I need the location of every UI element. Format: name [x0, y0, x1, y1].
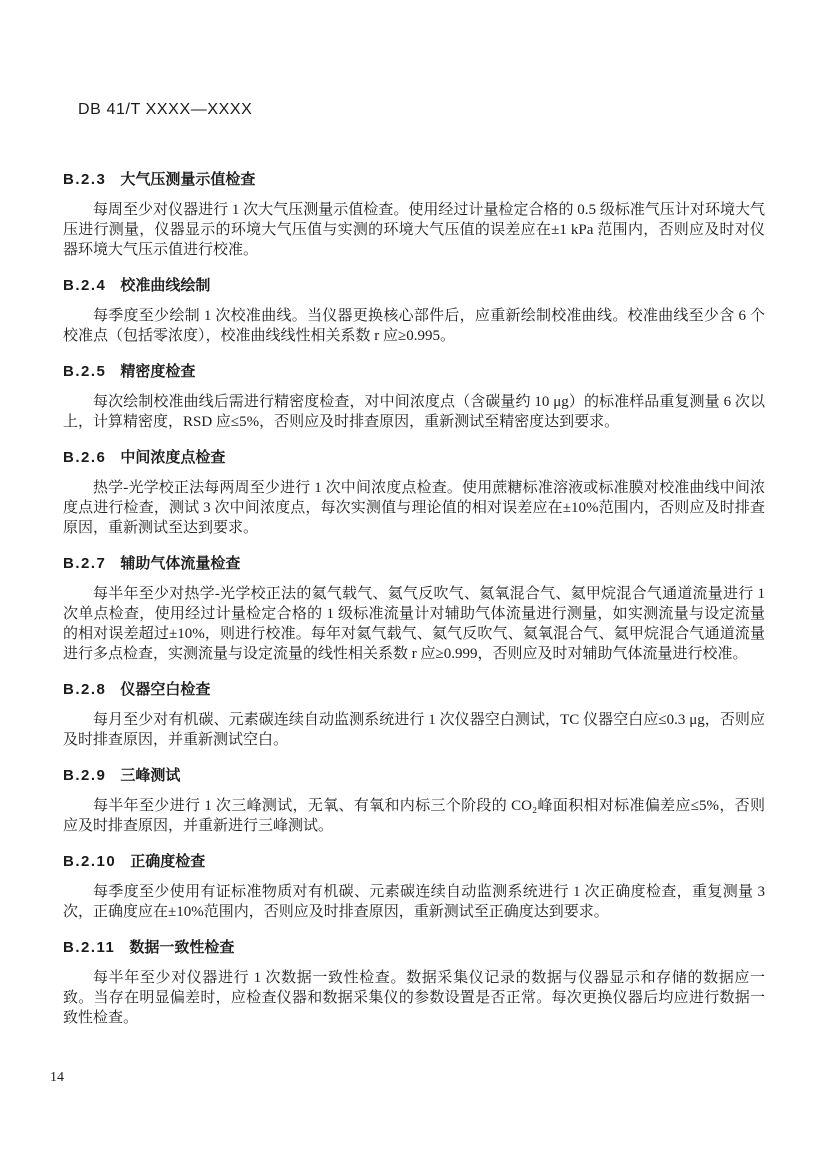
section-heading: B.2.5精密度检查	[63, 362, 765, 382]
section-paragraph: 每周至少对仪器进行 1 次大气压测量示值检查。使用经过计量检定合格的 0.5 级…	[63, 200, 765, 260]
section-paragraph: 热学-光学校正法每两周至少进行 1 次中间浓度点检查。使用蔗糖标准溶液或标准膜对…	[63, 478, 765, 538]
section-heading: B.2.6中间浓度点检查	[63, 448, 765, 468]
section-b210: B.2.10正确度检查 每季度至少使用有证标准物质对有机碳、元素碳连续自动监测系…	[63, 852, 765, 922]
page-number: 14	[50, 1070, 64, 1086]
section-paragraph: 每半年至少对仪器进行 1 次数据一致性检查。数据采集仪记录的数据与仪器显示和存储…	[63, 968, 765, 1028]
section-b24: B.2.4校准曲线绘制 每季度至少绘制 1 次校准曲线。当仪器更换核心部件后，应…	[63, 276, 765, 346]
section-title: 中间浓度点检查	[120, 449, 225, 466]
section-heading: B.2.10正确度检查	[63, 852, 765, 872]
section-number: B.2.8	[63, 681, 106, 698]
section-paragraph: 每季度至少绘制 1 次校准曲线。当仪器更换核心部件后，应重新绘制校准曲线。校准曲…	[63, 306, 765, 346]
section-heading: B.2.11数据一致性检查	[63, 938, 765, 958]
section-number: B.2.10	[63, 853, 116, 870]
section-number: B.2.5	[63, 363, 106, 380]
section-title: 精密度检查	[120, 363, 195, 380]
section-number: B.2.9	[63, 767, 106, 784]
section-paragraph: 每半年至少进行 1 次三峰测试，无氧、有氧和内标三个阶段的 CO₂峰面积相对标准…	[63, 796, 765, 836]
section-heading: B.2.9三峰测试	[63, 766, 765, 786]
section-title: 大气压测量示值检查	[120, 171, 255, 188]
section-b29: B.2.9三峰测试 每半年至少进行 1 次三峰测试，无氧、有氧和内标三个阶段的 …	[63, 766, 765, 836]
section-heading: B.2.7辅助气体流量检查	[63, 554, 765, 574]
section-b23: B.2.3大气压测量示值检查 每周至少对仪器进行 1 次大气压测量示值检查。使用…	[63, 170, 765, 260]
section-number: B.2.6	[63, 449, 106, 466]
section-number: B.2.7	[63, 555, 106, 572]
document-page: DB 41/T XXXX—XXXX B.2.3大气压测量示值检查 每周至少对仪器…	[0, 0, 826, 1169]
section-paragraph: 每次绘制校准曲线后需进行精密度检查，对中间浓度点（含碳量约 10 μg）的标准样…	[63, 392, 765, 432]
section-b28: B.2.8仪器空白检查 每月至少对有机碳、元素碳连续自动监测系统进行 1 次仪器…	[63, 680, 765, 750]
section-b26: B.2.6中间浓度点检查 热学-光学校正法每两周至少进行 1 次中间浓度点检查。…	[63, 448, 765, 538]
section-title: 正确度检查	[130, 853, 205, 870]
section-b211: B.2.11数据一致性检查 每半年至少对仪器进行 1 次数据一致性检查。数据采集…	[63, 938, 765, 1028]
section-number: B.2.11	[63, 939, 115, 956]
section-paragraph: 每月至少对有机碳、元素碳连续自动监测系统进行 1 次仪器空白测试，TC 仪器空白…	[63, 710, 765, 750]
section-heading: B.2.3大气压测量示值检查	[63, 170, 765, 190]
section-paragraph: 每半年至少对热学-光学校正法的氦气载气、氦气反吹气、氦氧混合气、氦甲烷混合气通道…	[63, 584, 765, 664]
document-content: B.2.3大气压测量示值检查 每周至少对仪器进行 1 次大气压测量示值检查。使用…	[63, 154, 765, 1028]
section-title: 数据一致性检查	[129, 939, 234, 956]
section-number: B.2.3	[63, 171, 106, 188]
section-title: 辅助气体流量检查	[120, 555, 240, 572]
section-number: B.2.4	[63, 277, 106, 294]
section-b27: B.2.7辅助气体流量检查 每半年至少对热学-光学校正法的氦气载气、氦气反吹气、…	[63, 554, 765, 664]
section-paragraph: 每季度至少使用有证标准物质对有机碳、元素碳连续自动监测系统进行 1 次正确度检查…	[63, 882, 765, 922]
document-header: DB 41/T XXXX—XXXX	[78, 101, 252, 119]
section-heading: B.2.4校准曲线绘制	[63, 276, 765, 296]
section-b25: B.2.5精密度检查 每次绘制校准曲线后需进行精密度检查，对中间浓度点（含碳量约…	[63, 362, 765, 432]
section-heading: B.2.8仪器空白检查	[63, 680, 765, 700]
section-title: 校准曲线绘制	[120, 277, 210, 294]
section-title: 仪器空白检查	[120, 681, 210, 698]
section-title: 三峰测试	[120, 767, 180, 784]
